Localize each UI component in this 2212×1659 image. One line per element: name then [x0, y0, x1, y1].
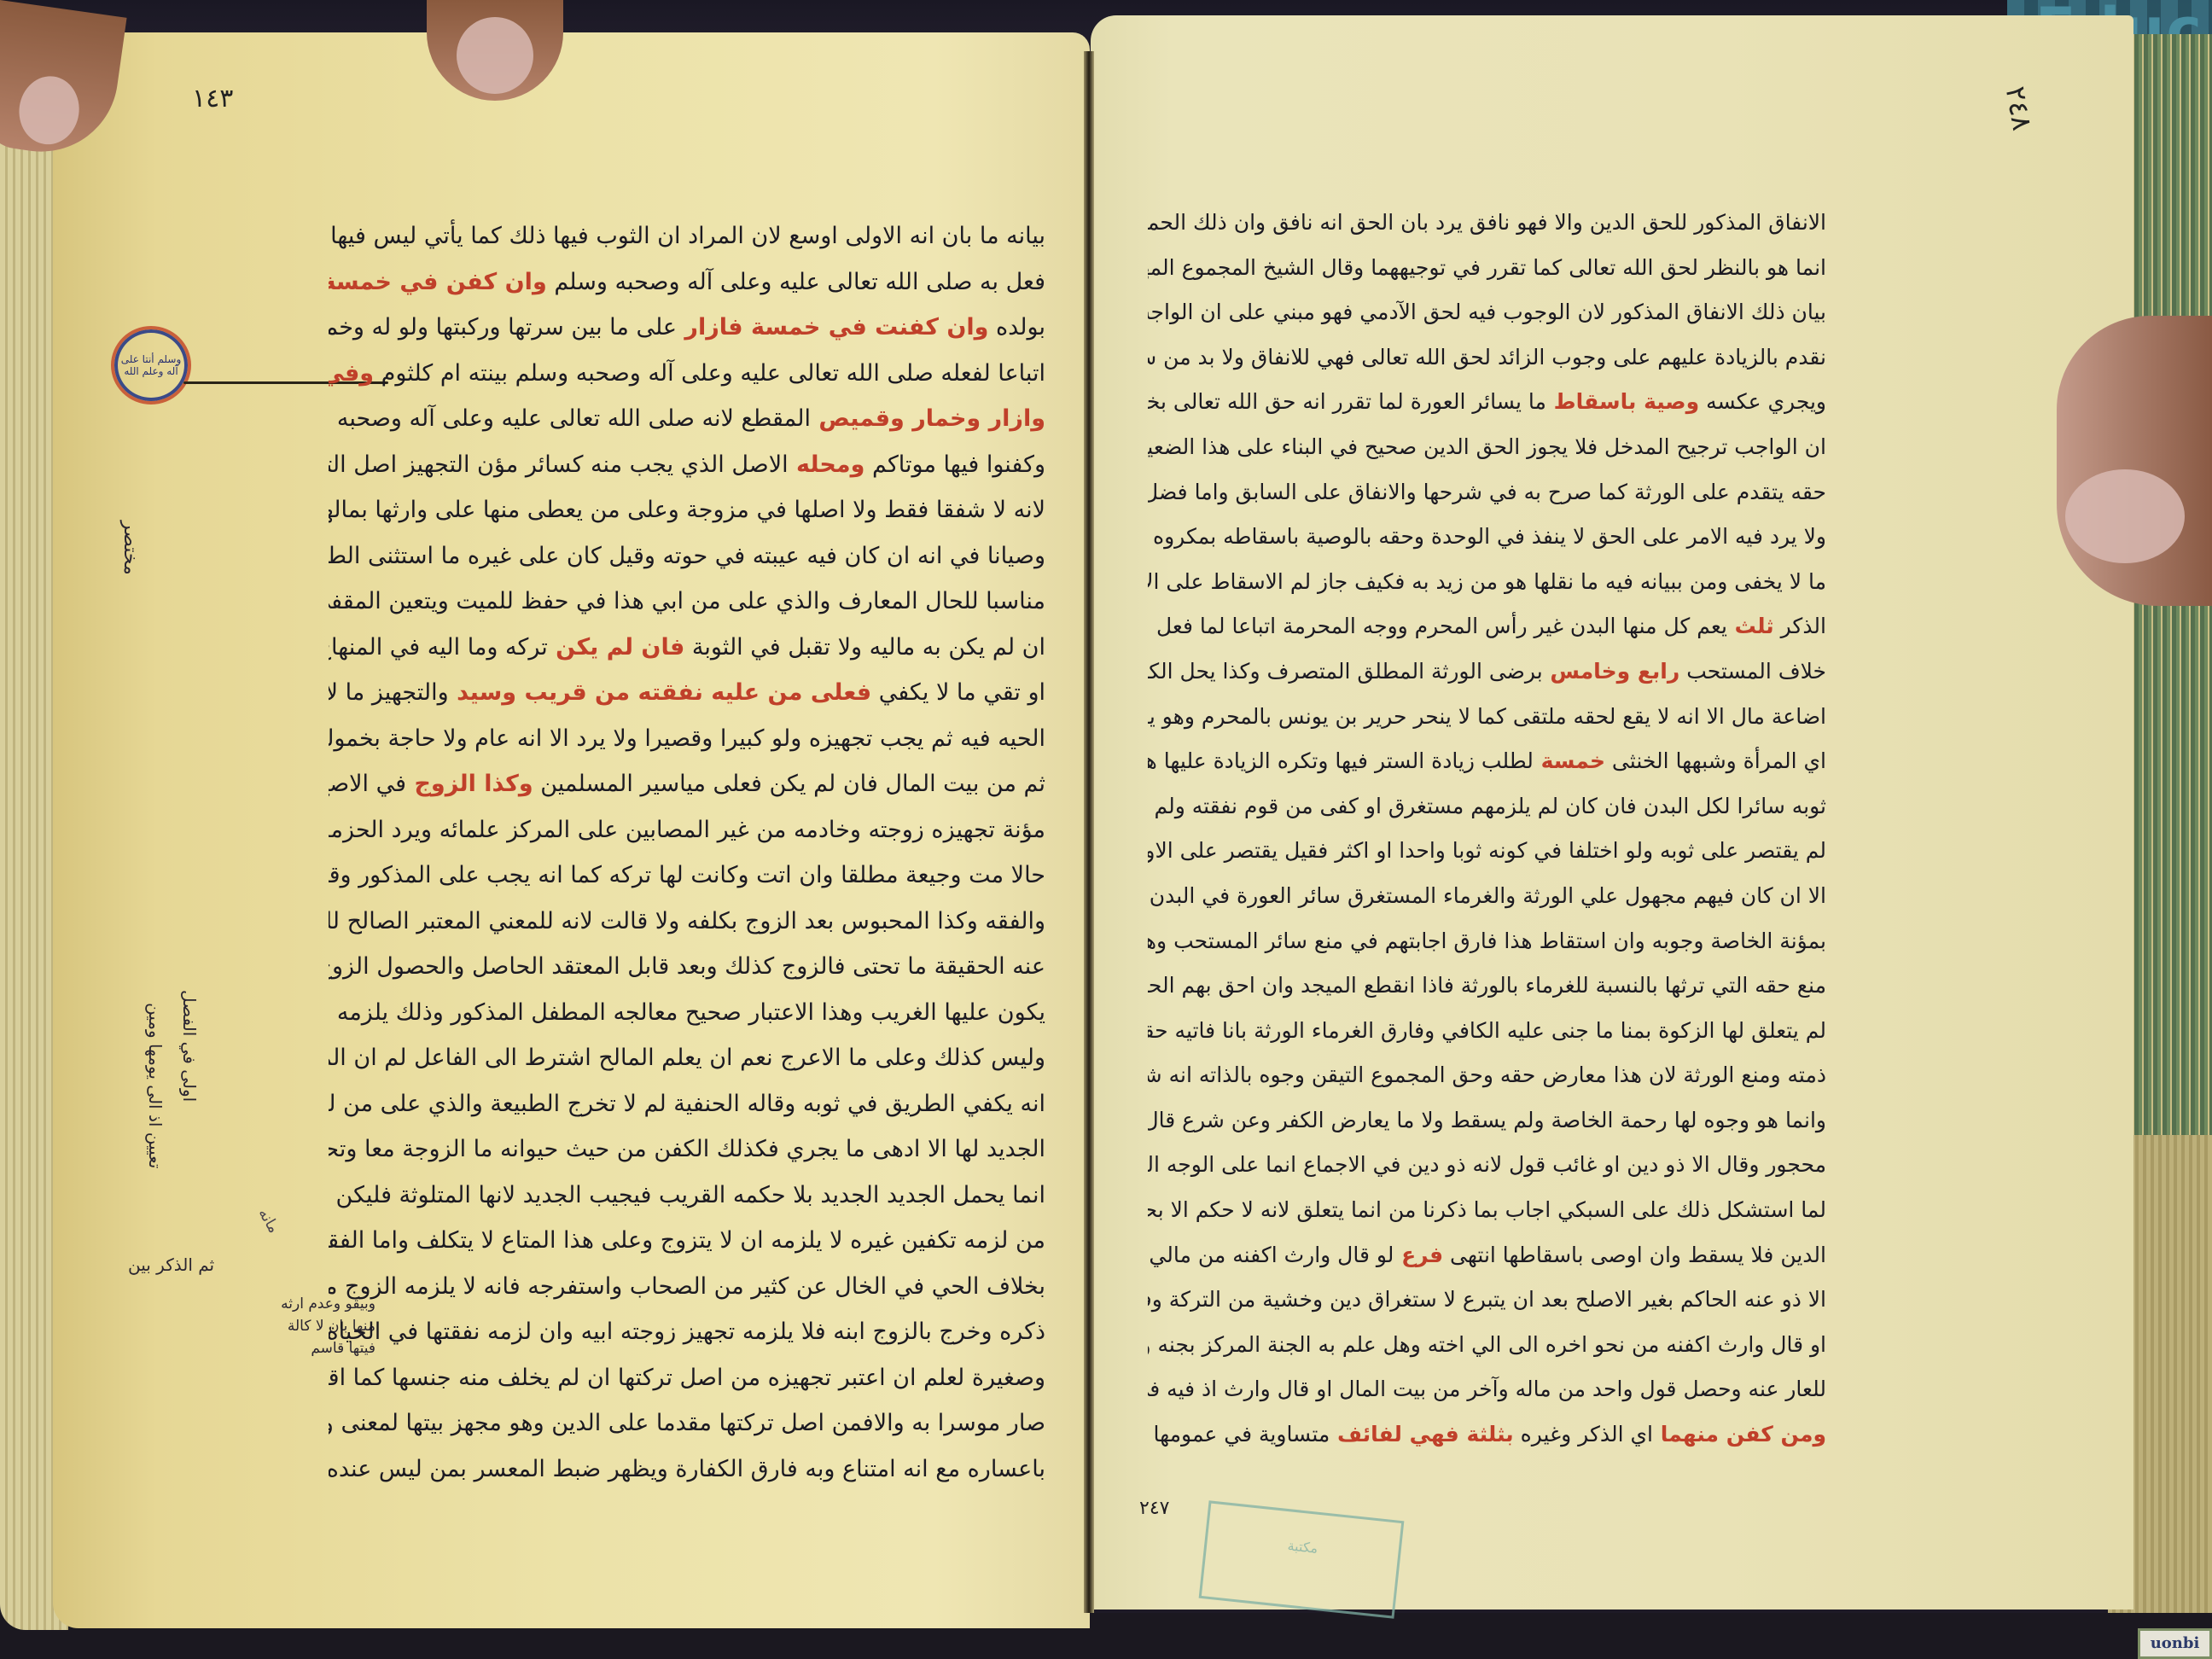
line-text: على ما بين سرتها وركبتها ولو له وخمار عل…: [329, 314, 677, 341]
line-text: للعار عنه وحصل قول واحد من ماله وآخر من …: [1148, 1377, 1826, 1401]
line-text: ولا يرد فيه الامر على الحق لا ينفذ في ال…: [1148, 524, 1826, 549]
manuscript-line: مناسبا للحال المعارف والذي على من ابي هذ…: [329, 579, 1045, 625]
line-text: لانه لا شفقا فقط ولا اصلها في مزوجة وعلى…: [329, 497, 1045, 523]
manuscript-line: ان لم يكن به ماليه ولا تقبل في الثوبة فا…: [329, 625, 1045, 671]
line-text: او قال وارث اكفنه من نحو اخره الى الي اخ…: [1148, 1332, 1826, 1357]
line-text: والفقه وكذا المحبوس بعد الزوج بكلفه ولا …: [329, 908, 1045, 934]
manuscript-line: الدين فلا يسقط وان اوصى باسقاطها انتهى ف…: [1148, 1233, 1826, 1278]
rubricated-phrase: وفي قول ثلث لفائف: [329, 360, 374, 387]
line-text: يعم كل منها البدن غير رأس المحرم ووجه ال…: [1148, 614, 1727, 638]
manuscript-line: ومن كفن منهما اي الذكر وغيره بثلثة فهي ل…: [1148, 1412, 1826, 1458]
line-text: لم يقتصر على ثوبه ولو اختلفا في كونه ثوب…: [1148, 838, 1826, 863]
line-text: بمؤنة الخاصة وجوبه وان استقاط هذا فارق ا…: [1148, 928, 1826, 953]
margin-note-1: مختصر: [119, 521, 141, 575]
line-text: ان الواجب ترجيح المدخل فلا يجوز الحق الد…: [1148, 434, 1826, 459]
manuscript-line: ذكره وخرج بالزوج ابنه فلا يلزمه تجهيز زو…: [329, 1309, 1045, 1355]
line-text: فعل به صلى الله تعالى عليه وعلى آله وصحب…: [547, 269, 1045, 295]
rubricated-phrase: فان لم يكن: [548, 634, 685, 661]
left-page-number: ١٤٣: [192, 84, 233, 114]
manuscript-line: وكفنوا فيها موتاكم ومحله الاصل الذي يجب …: [329, 442, 1045, 488]
rubricated-phrase: رابع وخامس: [1543, 659, 1680, 684]
line-text: ما لا يخفى ومن ببيانه فيه ما نقلها هو من…: [1148, 569, 1826, 594]
line-text: بولده: [988, 314, 1045, 341]
manuscript-line: بيان ذلك الانفاق المذكور لان الوجوب فيه …: [1148, 290, 1826, 335]
line-text: بيانه ما بان انه الاولى اوسع لان المراد …: [329, 223, 1045, 249]
manuscript-line: ثم من بيت المال فان لم يكن فعلى مياسير ا…: [329, 761, 1045, 807]
manuscript-line: لم يقتصر على ثوبه ولو اختلفا في كونه ثوب…: [1148, 829, 1826, 874]
manuscript-line: مؤنة تجهيزه زوجته وخادمه من غير المصابين…: [329, 807, 1045, 853]
line-text: باعساره مع انه امتناع وبه فارق الكفارة و…: [329, 1456, 1045, 1482]
line-text: مناسبا للحال المعارف والذي على من ابي هذ…: [329, 588, 1045, 614]
line-text: ثم من بيت المال فان لم يكن فعلى مياسير ا…: [533, 771, 1045, 797]
rubricated-phrase: وازار وخمار وقميص: [811, 405, 1045, 432]
manuscript-line: الجديد لها الا ادهى ما يجري فكذلك الكفن …: [329, 1126, 1045, 1173]
manuscript-line: للعار عنه وحصل قول واحد من ماله وآخر من …: [1148, 1367, 1826, 1412]
margin-note-2: اولى في الفصل: [179, 990, 200, 1102]
rubricated-phrase: وان كفنت في خمسة فازار: [677, 314, 988, 341]
line-text: متساوية في عمومها لجميع البدن ثم في عرضه…: [1148, 1422, 1330, 1447]
manuscript-line: الا ان كان فيهم مجهول علي الورثة والغرما…: [1148, 874, 1826, 919]
manuscript-line: الا ذو عنه الحاكم بغير الاصلح بعد ان يتب…: [1148, 1278, 1826, 1323]
manuscript-line: وصيانا في انه ان كان فيه عيبته في حوته و…: [329, 533, 1045, 579]
manuscript-line: خلاف المستحب رابع وخامس برضى الورثة المط…: [1148, 649, 1826, 695]
line-text: منع حقه التي ترثها بالنسبة للغرماء بالور…: [1148, 973, 1826, 998]
line-text: لما استشكل ذلك على السبكي اجاب بما ذكرنا…: [1148, 1197, 1826, 1222]
line-text: محجور وقال الا ذو دين او غائب قول لانه ذ…: [1148, 1152, 1826, 1177]
rubricated-phrase: وصية باسقاط: [1546, 389, 1699, 414]
manuscript-line: الذكر ثلث يعم كل منها البدن غير رأس المح…: [1148, 604, 1826, 649]
manuscript-line: بولده وان كفنت في خمسة فازار على ما بين …: [329, 305, 1045, 351]
line-text: بخلاف الحي في الخال عن كثير من الصحاب وا…: [329, 1273, 1045, 1300]
manuscript-line: ان الواجب ترجيح المدخل فلا يجوز الحق الد…: [1148, 425, 1826, 470]
line-text: نقدم بالزيادة عليهم على وجوب الزائد لحق …: [1148, 345, 1826, 370]
line-text: ان لم يكن به ماليه ولا تقبل في الثوبة: [684, 634, 1045, 661]
line-text: حقه يتقدم على الورثة كما صرح به في شرحها…: [1148, 480, 1826, 504]
manuscript-line: ويجري عكسه وصية باسقاط ما يسائر العورة ل…: [1148, 380, 1826, 425]
book-gutter: [1084, 51, 1094, 1613]
rubricated-phrase: ومن كفن منهما: [1653, 1422, 1826, 1447]
manuscript-line: لما استشكل ذلك على السبكي اجاب بما ذكرنا…: [1148, 1188, 1826, 1233]
rubricated-phrase: فعلى من عليه نفقته من قريب وسيد: [449, 679, 872, 706]
manuscript-line: نقدم بالزيادة عليهم على وجوب الزائد لحق …: [1148, 335, 1826, 381]
manuscript-line: يكون عليها الغريب وهذا الاعتبار صحيح معا…: [329, 990, 1045, 1036]
line-text: بيان ذلك الانفاق المذكور لان الوجوب فيه …: [1148, 300, 1826, 324]
line-text: ويجري عكسه: [1699, 389, 1826, 414]
line-text: وانما هو وجوه لها رحمة الخاصة ولم يسقط و…: [1148, 1108, 1826, 1132]
manuscript-line: انما هو بالنظر لحق الله تعالى كما تقرر ف…: [1148, 246, 1826, 291]
manuscript-line: محجور وقال الا ذو دين او غائب قول لانه ذ…: [1148, 1143, 1826, 1188]
manuscript-line: الحيه فيه ثم يجب تجهيزه ولو كبيرا وقصيرا…: [329, 716, 1045, 762]
line-text: الذكر: [1774, 614, 1826, 638]
holding-thumb-right: [2057, 316, 2212, 606]
rubricated-phrase: فرع: [1394, 1243, 1443, 1267]
line-text: وصغيرة لعلم ان اعتبر تجهيزه من اصل تركته…: [329, 1365, 1045, 1391]
line-text: انما يحمل الجديد الجديد بلا حكمه القريب …: [329, 1182, 1045, 1208]
line-text: حالا مت وجيعة مطلقا وان اتت وكانت لها تر…: [329, 862, 1045, 888]
line-text: اي المرأة وشبهها الخنثى: [1605, 748, 1826, 773]
line-text: اتباعا لفعله صلى الله تعالى عليه وعلى آل…: [374, 360, 1045, 387]
line-text: الجديد لها الا ادهى ما يجري فكذلك الكفن …: [329, 1136, 1045, 1162]
line-text: صار موسرا به والافمن اصل تركتها مقدما عل…: [329, 1410, 1045, 1436]
rubricated-phrase: ومحله: [789, 451, 865, 478]
manuscript-line: عنه الحقيقة ما تحتى فالزوج كذلك وبعد قاب…: [329, 944, 1045, 990]
manuscript-line: باعساره مع انه امتناع وبه فارق الكفارة و…: [329, 1447, 1045, 1493]
line-text: تركه وما اليه في المنهاج والزوج كما افاد…: [329, 634, 548, 661]
line-text: ذكره وخرج بالزوج ابنه فلا يلزمه تجهيز زو…: [329, 1318, 1045, 1345]
line-text: ثوبه سائرا لكل البدن فان كان لم يلزمهم م…: [1148, 794, 1826, 818]
marginal-medallion: وسلم أنتا على آله وعلم الله: [111, 326, 191, 405]
manuscript-line: اي المرأة وشبهها الخنثى خمسة لطلب زيادة …: [1148, 739, 1826, 784]
line-text: انما هو بالنظر لحق الله تعالى كما تقرر ف…: [1148, 255, 1826, 280]
manuscript-line: انه يكفي الطريق في ثوبه وقاله الحنفية لم…: [329, 1081, 1045, 1127]
line-text: مؤنة تجهيزه زوجته وخادمه من غير المصابين…: [329, 817, 1045, 843]
manuscript-line: انما يحمل الجديد الجديد بلا حكمه القريب …: [329, 1173, 1045, 1219]
line-text: خلاف المستحب: [1679, 659, 1826, 684]
manuscript-line: حالا مت وجيعة مطلقا وان اتت وكانت لها تر…: [329, 853, 1045, 899]
manuscript-line: اضاعة مال الا انه لا يقع لحقه ملتقى كما …: [1148, 695, 1826, 740]
manuscript-line: فعل به صلى الله تعالى عليه وعلى آله وصحب…: [329, 259, 1045, 306]
line-text: ذمته ومنع الورثة لان هذا معارض حقه وحق ا…: [1148, 1062, 1826, 1087]
right-page-text: الانفاق المذكور للحق الدين والا فهو نافق…: [1148, 201, 1826, 1458]
manuscript-line: بيانه ما بان انه الاولى اوسع لان المراد …: [329, 213, 1045, 259]
rubricated-phrase: خمسة: [1534, 748, 1605, 773]
margin-note-3: تعيين اذ الى يومها ومين: [145, 1003, 166, 1168]
line-text: يكون عليها الغريب وهذا الاعتبار صحيح معا…: [329, 999, 1045, 1026]
manuscript-line: بمؤنة الخاصة وجوبه وان استقاط هذا فارق ا…: [1148, 919, 1826, 964]
manuscript-line: والفقه وكذا المحبوس بعد الزوج بكلفه ولا …: [329, 899, 1045, 945]
line-text: او تقي ما لا يكفي: [871, 679, 1045, 706]
manuscript-line: ولا يرد فيه الامر على الحق لا ينفذ في ال…: [1148, 515, 1826, 560]
line-text: عنه الحقيقة ما تحتى فالزوج كذلك وبعد قاب…: [329, 953, 1045, 980]
line-text: الدين فلا يسقط وان اوصى باسقاطها انتهى: [1443, 1243, 1826, 1267]
line-text: من لزمه تكفين غيره لا يلزمه ان لا يتزوج …: [329, 1227, 1045, 1254]
line-text: ما يسائر العورة لما تقرر انه حق الله تعا…: [1148, 389, 1546, 414]
manuscript-line: لم يتعلق لها الزكوة بمنا ما جنى عليه الك…: [1148, 1009, 1826, 1054]
rubricated-phrase: وكذا الزوج: [406, 771, 533, 797]
margin-note-4: ثم الذكر بين: [128, 1254, 214, 1275]
line-text: في الاصح يلزمه كفنه حيث والتجهيز: [329, 771, 406, 797]
catchword: ٢٤٧: [1139, 1498, 1169, 1519]
manuscript-line: الانفاق المذكور للحق الدين والا فهو نافق…: [1148, 201, 1826, 246]
rubricated-phrase: ثلث: [1727, 614, 1774, 638]
manuscript-line: او قال وارث اكفنه من نحو اخره الى الي اخ…: [1148, 1323, 1826, 1368]
manuscript-line: من لزمه تكفين غيره لا يلزمه ان لا يتزوج …: [329, 1218, 1045, 1264]
manuscript-line: وصغيرة لعلم ان اعتبر تجهيزه من اصل تركته…: [329, 1355, 1045, 1401]
line-text: برضى الورثة المطلق المتصرف وكذا يحل الكث…: [1148, 659, 1543, 684]
rubricated-phrase: وان كفن في خمسة زيد قميص وعمامة: [329, 269, 547, 295]
line-text: اضاعة مال الا انه لا يقع لحقه ملتقى كما …: [1148, 704, 1826, 729]
manuscript-line: ذمته ومنع الورثة لان هذا معارض حقه وحق ا…: [1148, 1053, 1826, 1098]
manuscript-line: وليس كذلك وعلى ما الاعرج نعم ان يعلم الم…: [329, 1035, 1045, 1081]
manuscript-line: اتباعا لفعله صلى الله تعالى عليه وعلى آل…: [329, 351, 1045, 397]
manuscript-line: صار موسرا به والافمن اصل تركتها مقدما عل…: [329, 1400, 1045, 1447]
line-text: وصيانا في انه ان كان فيه عيبته في حوته و…: [329, 543, 1045, 569]
manuscript-line: بخلاف الحي في الخال عن كثير من الصحاب وا…: [329, 1264, 1045, 1310]
line-text: وكفنوا فيها موتاكم: [864, 451, 1045, 478]
manuscript-line: ما لا يخفى ومن ببيانه فيه ما نقلها هو من…: [1148, 560, 1826, 605]
line-text: المقطع لانه صلى الله تعالى عليه وعلى آله…: [329, 405, 811, 432]
library-stamp: مكتبة: [1199, 1500, 1405, 1618]
manuscript-line: منع حقه التي ترثها بالنسبة للغرماء بالور…: [1148, 963, 1826, 1009]
shelf-label: uonbi: [2138, 1628, 2212, 1659]
manuscript-line: وانما هو وجوه لها رحمة الخاصة ولم يسقط و…: [1148, 1098, 1826, 1144]
line-text: اي الذكر وغيره: [1514, 1422, 1653, 1447]
line-text: انه يكفي الطريق في ثوبه وقاله الحنفية لم…: [329, 1091, 1045, 1117]
line-text: وليس كذلك وعلى ما الاعرج نعم ان يعلم الم…: [329, 1045, 1045, 1071]
line-text: لم يتعلق لها الزكوة بمنا ما جنى عليه الك…: [1148, 1018, 1826, 1043]
left-page-text: بيانه ما بان انه الاولى اوسع لان المراد …: [329, 213, 1045, 1492]
line-text: لطلب زيادة الستر فيها وتكره الزيادة عليه…: [1148, 748, 1534, 773]
manuscript-line: لانه لا شفقا فقط ولا اصلها في مزوجة وعلى…: [329, 487, 1045, 533]
line-text: الا ان كان فيهم مجهول علي الورثة والغرما…: [1148, 883, 1826, 908]
rubricated-phrase: بثلثة فهي لفائف: [1330, 1422, 1513, 1447]
line-text: والتجهيز ما لا يكفيها على نفقه وما تحتاج…: [329, 679, 449, 706]
manuscript-line: ثوبه سائرا لكل البدن فان كان لم يلزمهم م…: [1148, 784, 1826, 829]
line-text: لو قال وارث اكفنه من مالي وقال الآخر من …: [1148, 1243, 1394, 1267]
manuscript-line: وازار وخمار وقميص المقطع لانه صلى الله ت…: [329, 396, 1045, 442]
line-text: الحيه فيه ثم يجب تجهيزه ولو كبيرا وقصيرا…: [329, 725, 1045, 752]
line-text: الا ذو عنه الحاكم بغير الاصلح بعد ان يتب…: [1148, 1287, 1826, 1312]
manuscript-line: حقه يتقدم على الورثة كما صرح به في شرحها…: [1148, 470, 1826, 515]
line-text: الاصل الذي يجب منه كسائر مؤن التجهيز اصل…: [329, 451, 789, 478]
manuscript-line: او تقي ما لا يكفي فعلى من عليه نفقته من …: [329, 670, 1045, 716]
line-text: الانفاق المذكور للحق الدين والا فهو نافق…: [1148, 210, 1826, 235]
